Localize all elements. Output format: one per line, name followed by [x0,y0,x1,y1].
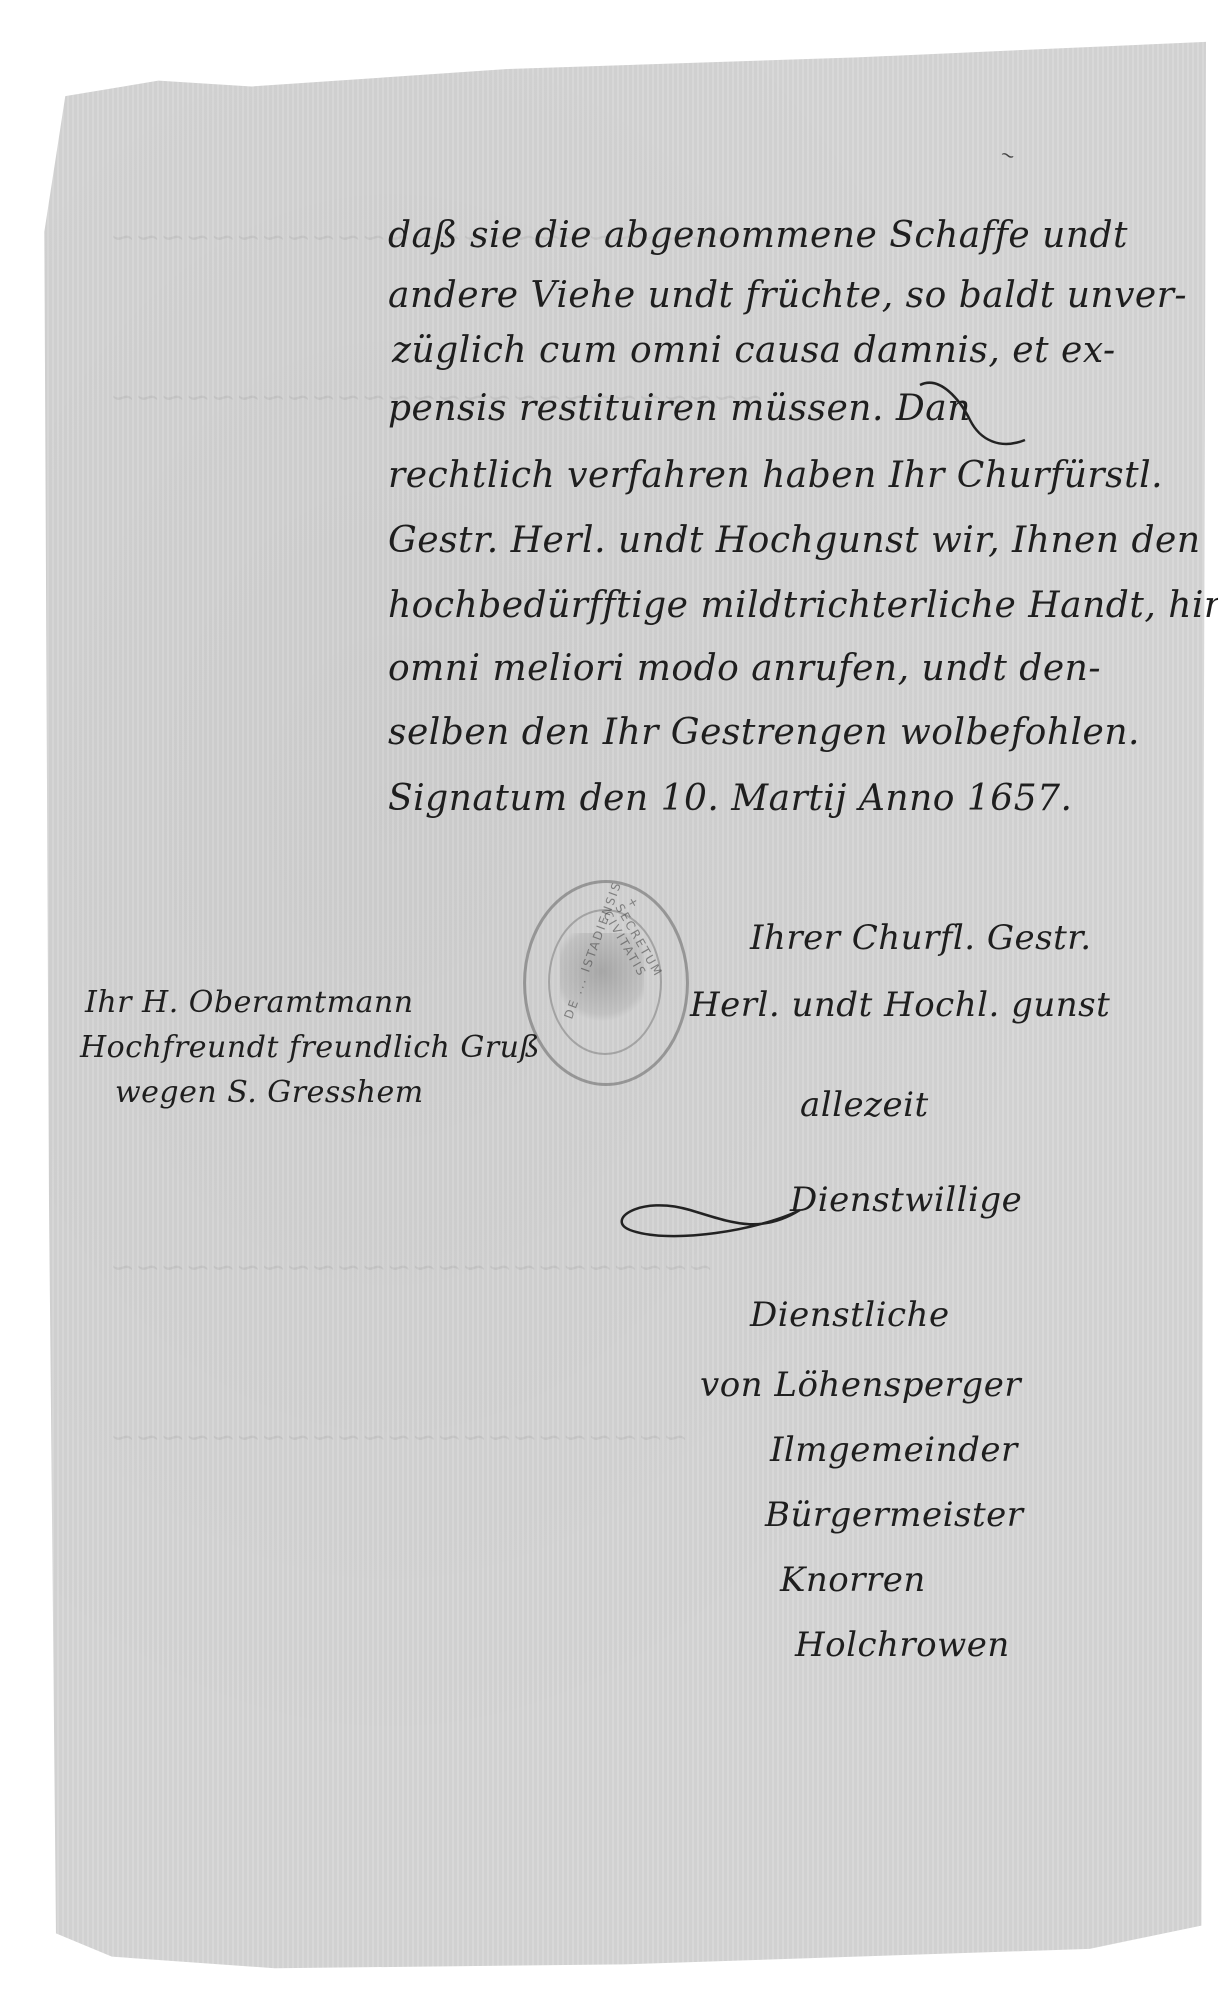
margin-note-line-3: wegen S. Gresshem [115,1075,424,1110]
body-line-1: daß sie die abgenommene Schaffe undt [388,215,1128,256]
signature-phrase: Dienstwillige [790,1180,1022,1220]
text-flourish [910,380,1030,460]
signatory-3: Ilmgemeinder [770,1430,1018,1470]
closing-line-1: Ihrer Churfl. Gestr. [750,918,1092,958]
body-line-3: züglich cum omni causa damnis, et ex- [392,330,1116,371]
closing-salutation: allezeit [800,1085,929,1125]
body-line-7: hochbedürfftige mildtrichterliche Handt,… [388,585,1218,626]
body-line-2: andere Viehe undt früchte, so baldt unve… [388,275,1187,316]
body-line-9: selben den Ihr Gestrengen wolbefohlen. [388,712,1140,753]
bleed-through-text: ~~~~~~~~~~~~~~~~~~~~~~~ [110,1420,688,1455]
signatory-1: Dienstliche [750,1295,950,1335]
signature-flourish [610,1190,810,1250]
signatory-5: Knorren [780,1560,926,1600]
date-line: Signatum den 10. Martij Anno 1657. [388,778,1072,819]
bleed-through-text: ~~~~~~~~~~~~~~~~~~~~~~~~ [110,1250,713,1285]
body-line-6: Gestr. Herl. undt Hochgunst wir, Ihnen d… [388,520,1201,561]
civic-seal: DE ... ISTADIENSIS + SECRETUM CIVITATIS [523,880,689,1086]
body-line-5: rechtlich verfahren haben Ihr Churfürstl… [388,455,1163,496]
signatory-4: Bürgermeister [765,1495,1024,1535]
body-line-8: omni meliori modo anrufen, undt den- [388,648,1101,689]
closing-line-2: Herl. undt Hochl. gunst [690,985,1110,1025]
margin-note-line-2: Hochfreundt freundlich Gruß [80,1030,540,1065]
margin-note-line-1: Ihr H. Oberamtmann [85,985,414,1020]
signatory-6: Holchrowen [795,1625,1010,1665]
signatory-2: von Löhensperger [700,1365,1021,1405]
body-line-4: pensis restituiren müssen. Dan [388,388,971,429]
